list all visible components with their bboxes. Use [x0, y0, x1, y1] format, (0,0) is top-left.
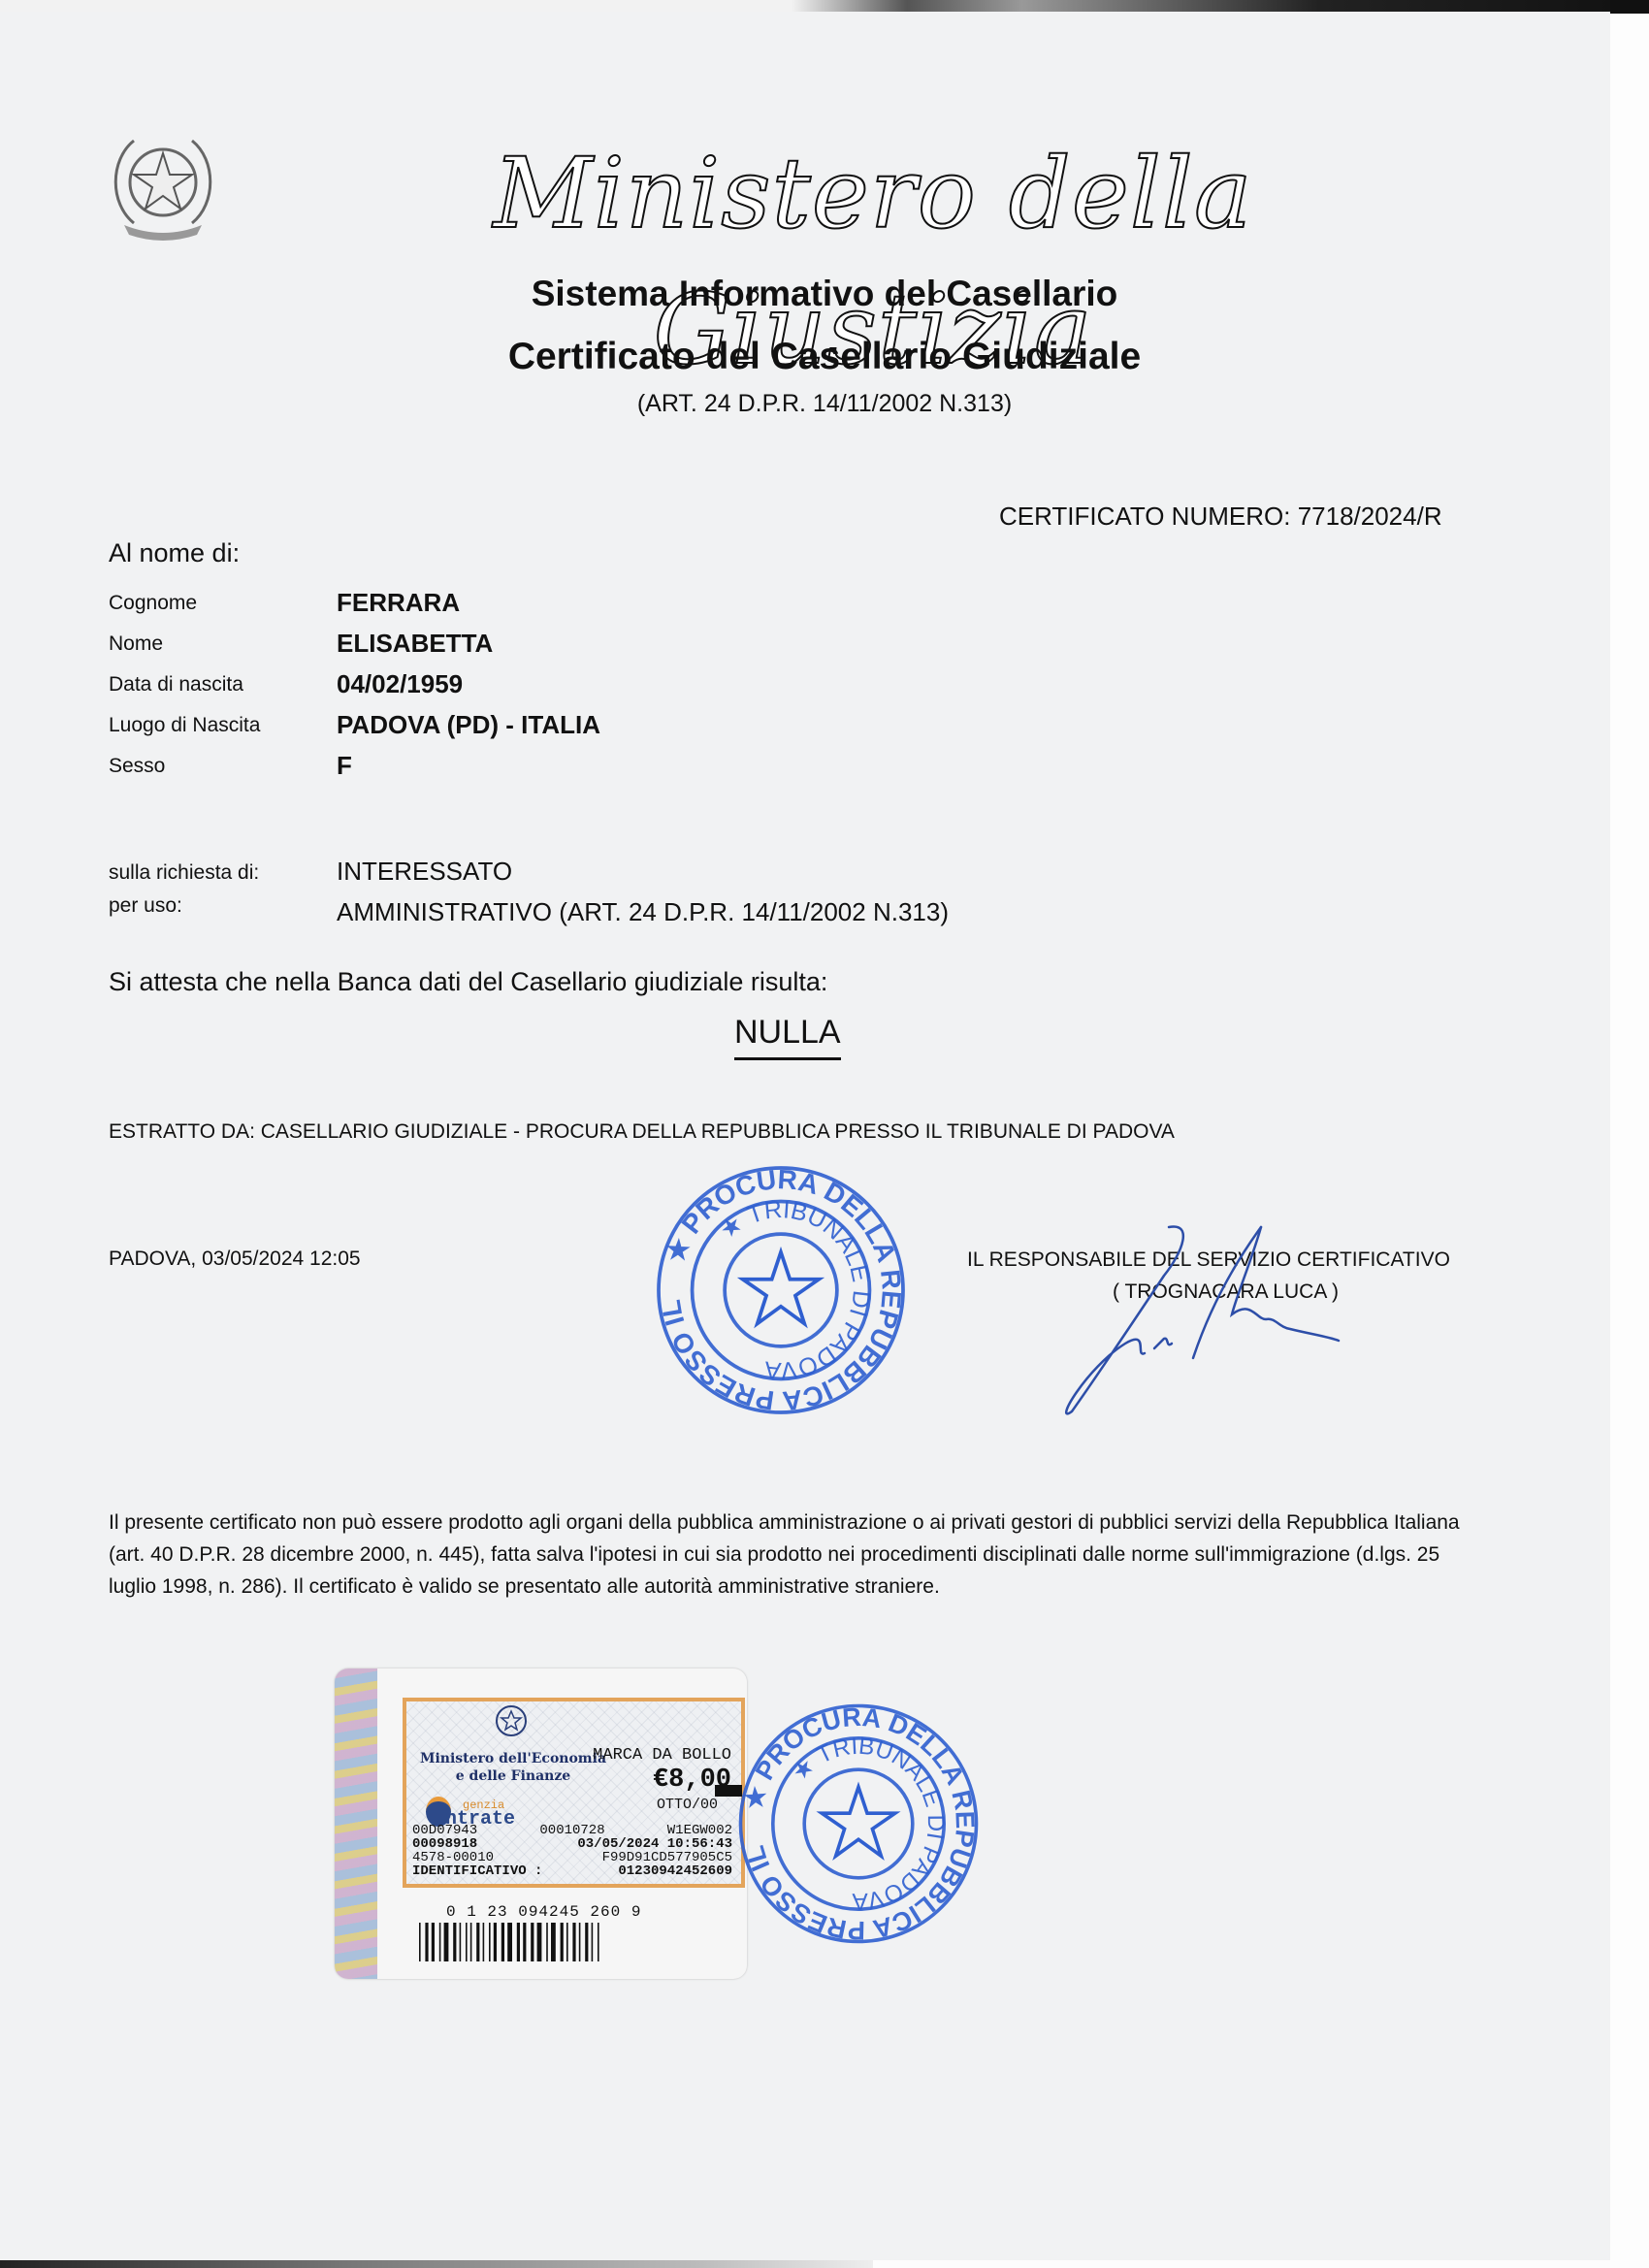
attestation-text: Si attesta che nella Banca dati del Case… [109, 967, 827, 997]
revenue-stamp-body: Ministero dell'Economia e delle Finanze … [403, 1698, 745, 1888]
code: F99D91CD577905C5 [602, 1851, 732, 1864]
scan-edge-right [1610, 0, 1649, 14]
barcode-number: 0 1 23 094245 260 9 [446, 1903, 641, 1921]
certificate-number-label: CERTIFICATO NUMERO: [999, 502, 1290, 531]
code-row: 4578-00010 F99D91CD577905C5 [412, 1851, 732, 1864]
requested-by-label: sulla richiesta di: [109, 861, 259, 885]
birth-place-value: PADOVA (PD) - ITALIA [337, 710, 600, 740]
signature-icon [1057, 1222, 1406, 1416]
surname-label: Cognome [109, 592, 197, 615]
code: 00010728 [539, 1824, 604, 1837]
use-label: per uso: [109, 894, 182, 918]
scan-edge-bottom [0, 2260, 873, 2268]
code: 01230942452609 [618, 1864, 732, 1878]
revenue-stamp-amount-words: OTTO/00 [657, 1797, 718, 1813]
code: 03/05/2024 10:56:43 [577, 1837, 732, 1851]
result-value: NULLA [734, 1014, 841, 1060]
sex-label: Sesso [109, 755, 165, 778]
certificate-number-value: 7718/2024/R [1298, 502, 1442, 531]
code: 00098918 [412, 1837, 477, 1851]
legal-disclaimer: Il presente certificato non può essere p… [109, 1507, 1486, 1603]
system-name: Sistema Informativo del Casellario [0, 274, 1649, 314]
legal-reference: (ART. 24 D.P.R. 14/11/2002 N.313) [0, 390, 1649, 418]
tribunal-stamp-icon: ★ PROCURA DELLA REPUBBLICA PRESSO IL ★ T… [723, 1693, 994, 1955]
italian-republic-emblem-icon [105, 126, 221, 247]
revenue-stamp-codes: 00D07943 00010728 W1EGW002 00098918 03/0… [412, 1824, 732, 1878]
issuer-line-2: e delle Finanze [416, 1767, 610, 1785]
first-name-label: Nome [109, 632, 163, 656]
revenue-stamp: Ministero dell'Economia e delle Finanze … [335, 1669, 747, 1979]
sex-value: F [337, 751, 352, 781]
tribunal-stamp-icon: ★ PROCURA DELLA REPUBBLICA PRESSO IL ★ T… [645, 1154, 917, 1426]
code: 00D07943 [412, 1824, 477, 1837]
code-row: IDENTIFICATIVO : 01230942452609 [412, 1864, 732, 1878]
code: 4578-00010 [412, 1851, 494, 1864]
birth-place-label: Luogo di Nascita [109, 714, 260, 737]
hologram-strip [335, 1669, 377, 1979]
italian-republic-emblem-icon [494, 1703, 529, 1738]
document-title: Certificato del Casellario Giudiziale [0, 336, 1649, 378]
requested-by-value: INTERESSATO [337, 857, 512, 887]
code: IDENTIFICATIVO : [412, 1864, 542, 1878]
certificate-number: CERTIFICATO NUMERO: 7718/2024/R [999, 502, 1442, 532]
scan-edge-top [0, 0, 1649, 12]
birth-date-value: 04/02/1959 [337, 669, 463, 699]
issue-place-date: PADOVA, 03/05/2024 12:05 [109, 1247, 361, 1271]
barcode-icon [417, 1923, 655, 1961]
svg-text:★ TRIBUNALE DI PADOVA: ★ TRIBUNALE DI PADOVA [787, 1733, 949, 1915]
revenue-stamp-title: MARCA DA BOLLO [593, 1746, 731, 1765]
use-value: AMMINISTRATIVO (ART. 24 D.P.R. 14/11/200… [337, 897, 949, 927]
revenue-stamp-issuer: Ministero dell'Economia e delle Finanze [416, 1750, 610, 1785]
issuer-line-1: Ministero dell'Economia [416, 1750, 610, 1767]
source-text: ESTRATTO DA: CASELLARIO GIUDIZIALE - PRO… [109, 1120, 1175, 1144]
code-row: 00098918 03/05/2024 10:56:43 [412, 1837, 732, 1851]
code-row: 00D07943 00010728 W1EGW002 [412, 1824, 732, 1837]
first-name-value: ELISABETTA [337, 629, 493, 659]
surname-value: FERRARA [337, 588, 460, 618]
subject-heading: Al nome di: [109, 538, 240, 568]
birth-date-label: Data di nascita [109, 673, 243, 697]
